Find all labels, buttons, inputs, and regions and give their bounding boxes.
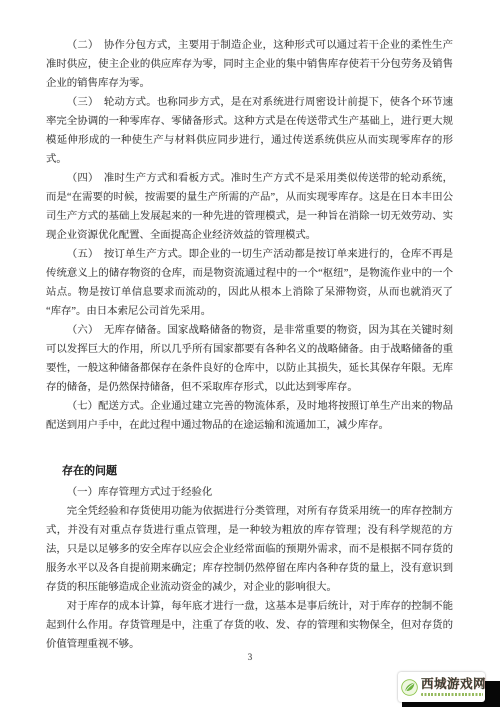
watermark-subtext-bar <box>421 693 483 696</box>
watermark: 西城游戏网 <box>398 672 485 702</box>
watermark-text: 西城游戏网 <box>421 678 486 696</box>
paragraph-6: （六） 无库存储备。国家战略储备的物资，是非常重要的物资，因为其在关键时刻可以发… <box>46 321 453 397</box>
leaf-logo-icon <box>401 679 418 696</box>
document-body: （二） 协作分包方式，主要用于制造企业，这种形式可以通过若干企业的柔性生产准时供… <box>46 36 453 654</box>
watermark-site-name: 西城游戏网 <box>421 678 486 691</box>
page-number: 3 <box>0 652 500 662</box>
problem-paragraph-1: 完全凭经验和存货使用功能为依据进行分类管理，对所有存货采用统一的库存控制方式，并… <box>46 502 453 597</box>
paragraph-4: （四） 准时生产方式和看板方式。准时生产方式不是采用类似传送带的轮动系统，而是“… <box>46 169 453 245</box>
paragraph-5: （五） 按订单生产方式。即企业的一切生产活动都是按订单来进行的，仓库不再是传统意… <box>46 245 453 321</box>
paragraph-2: （二） 协作分包方式，主要用于制造企业，这种形式可以通过若干企业的柔性生产准时供… <box>46 36 453 93</box>
section-heading: 存在的问题 <box>62 462 453 481</box>
paragraph-3: （三） 轮动方式。也称同步方式，是在对系统进行周密设计前提下，使各个环节速率完全… <box>46 93 453 169</box>
paragraph-7: （七）配送方式。企业通过建立完善的物流体系，及时地将按照订单生产出来的物品配送到… <box>46 397 453 435</box>
document-page: （二） 协作分包方式，主要用于制造企业，这种形式可以通过若干企业的柔性生产准时供… <box>0 0 500 707</box>
problem-paragraph-2: 对于库存的成本计算，每年底才进行一盘，这基本是事后统计，对于库存的控制不能起到什… <box>46 597 453 654</box>
section-subheading: （一）库存管理方式过于经验化 <box>46 483 453 502</box>
